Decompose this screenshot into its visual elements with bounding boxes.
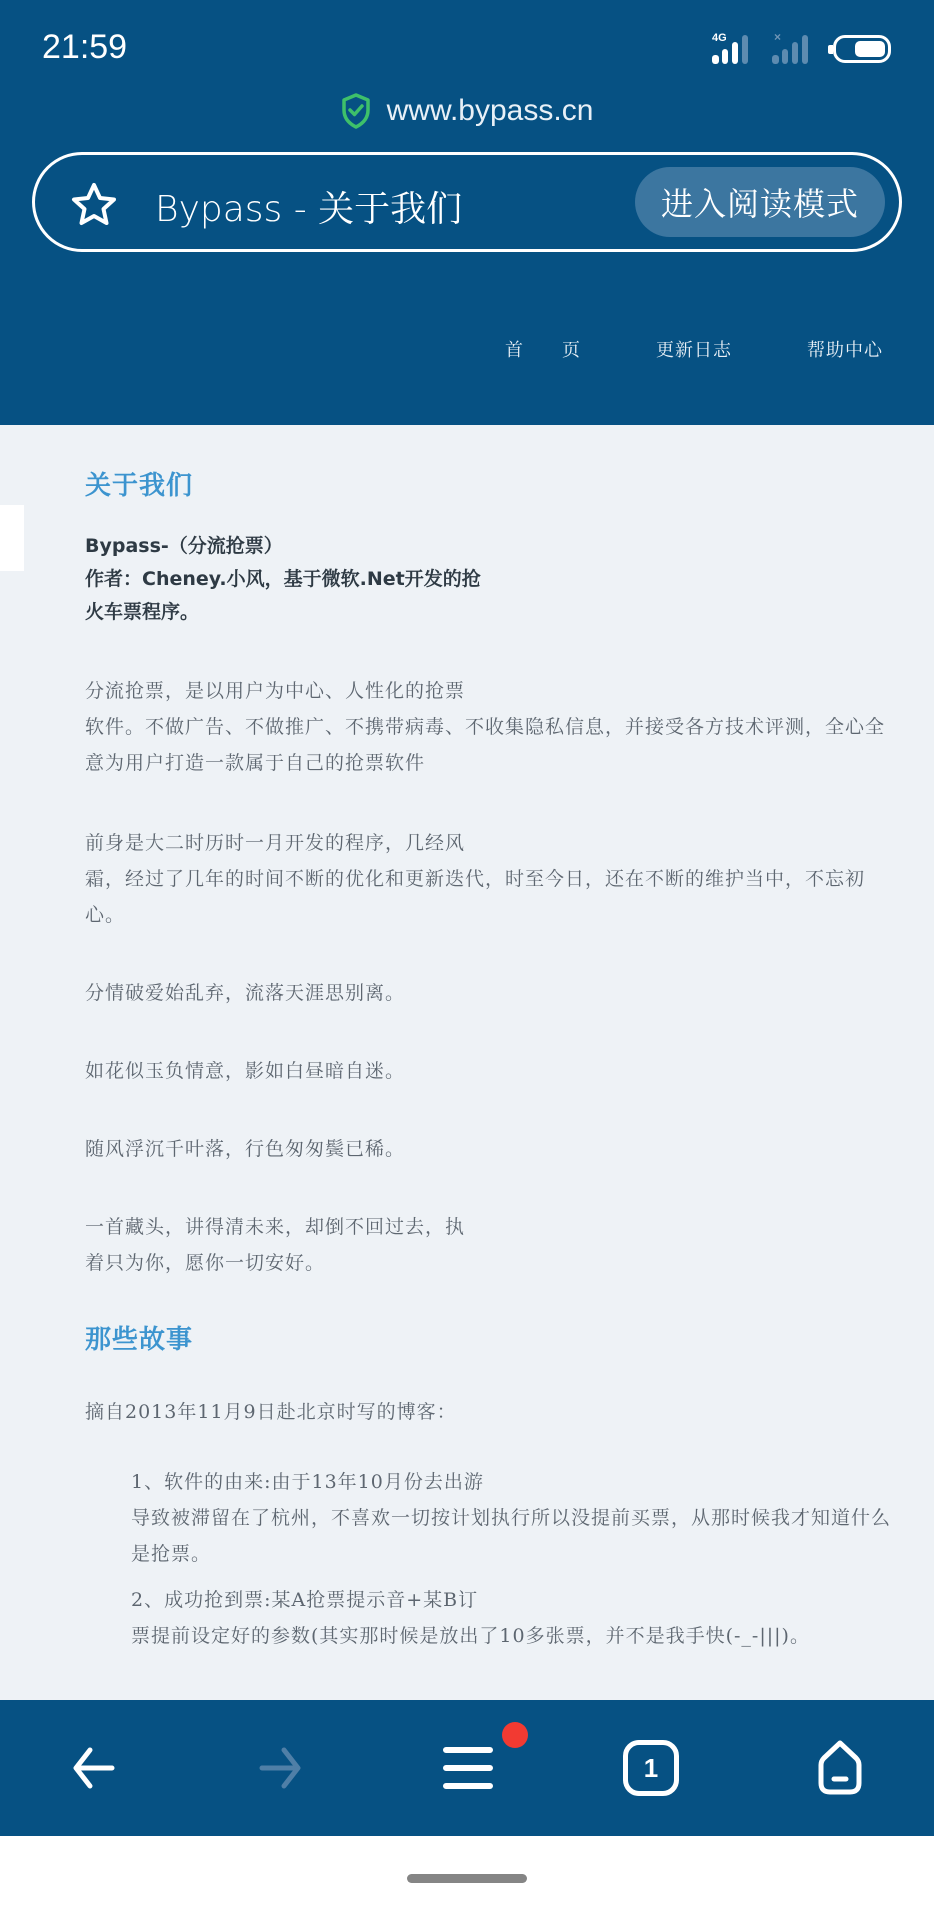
notification-dot [502, 1722, 528, 1748]
intro-line: 火车票程序。 [85, 596, 505, 629]
intro-block: Bypass-（分流抢票） 作者：Cheney.小风，基于微软.Net开发的抢 … [85, 530, 505, 629]
reader-mode-button[interactable]: 进入阅读模式 [635, 167, 885, 237]
text-line: 导致被滞留在了杭州，不喜欢一切按计划执行所以没提前买票，从那时候我才知道什么 [131, 1500, 934, 1536]
home-gesture-handle[interactable] [407, 1874, 527, 1883]
battery-icon [833, 35, 891, 63]
nav-changelog[interactable]: 更新日志 [656, 336, 732, 362]
clock: 21:59 [42, 28, 127, 67]
bottom-toolbar: 1 [0, 1700, 934, 1836]
article: 关于我们 Bypass-（分流抢票） 作者：Cheney.小风，基于微软.Net… [85, 465, 934, 1654]
paragraph-3: 一首藏头，讲得清未来，却倒不回过去，执 着只为你，愿你一切安好。 [85, 1209, 934, 1281]
text-line: 票提前设定好的参数(其实那时候是放出了10多张票，并不是我手快(-_-|||)。 [131, 1618, 934, 1654]
back-arrow-icon[interactable] [64, 1738, 124, 1798]
text-line: 软件。不做广告、不做推广、不携带病毒、不收集隐私信息，并接受各方技术评测，全心全 [85, 709, 934, 745]
intro-line: Bypass-（分流抢票） [85, 530, 505, 563]
text-line: 1、软件的由来:由于13年10月份去出游 [131, 1464, 934, 1500]
home-icon[interactable] [810, 1738, 870, 1798]
text-line: 2、成功抢到票:某A抢票提示音+某B订 [131, 1582, 934, 1618]
text-line: 意为用户打造一款属于自己的抢票软件 [85, 745, 934, 781]
section-title-about: 关于我们 [85, 465, 934, 502]
sim2-status: × [774, 30, 781, 44]
poem-line-2: 如花似玉负情意，影如白昼暗自迷。 [85, 1053, 934, 1089]
poem-line-3: 随风浮沉千叶落，行色匆匆鬓已稀。 [85, 1131, 934, 1167]
signal-4g-icon: 4G [712, 34, 762, 64]
intro-line: 作者：Cheney.小风，基于微软.Net开发的抢 [85, 563, 505, 596]
forward-arrow-icon[interactable] [250, 1738, 310, 1798]
network-type: 4G [712, 32, 727, 44]
text-line: 着只为你，愿你一切安好。 [85, 1245, 934, 1281]
story-item: 1、软件的由来:由于13年10月份去出游 导致被滞留在了杭州，不喜欢一切按计划执… [131, 1464, 934, 1572]
side-drawer-handle[interactable] [0, 505, 24, 571]
page-content: 关于我们 Bypass-（分流抢票） 作者：Cheney.小风，基于微软.Net… [0, 425, 934, 1700]
url-bar[interactable]: www.bypass.cn [0, 88, 934, 134]
poem-line-1: 分情破爱始乱弃，流落天涯思别离。 [85, 975, 934, 1011]
paragraph-2: 前身是大二时历时一月开发的程序，几经风 霜，经过了几年的时间不断的优化和更新迭代… [85, 825, 934, 933]
url-text: www.bypass.cn [387, 94, 594, 128]
paragraph-1: 分流抢票，是以用户为中心、人性化的抢票 软件。不做广告、不做推广、不携带病毒、不… [85, 673, 934, 781]
tabs-count: 1 [644, 1753, 658, 1784]
signal-sim2-icon: × [772, 34, 822, 64]
menu-icon[interactable] [438, 1738, 498, 1798]
text-line: 一首藏头，讲得清未来，却倒不回过去，执 [85, 1209, 934, 1245]
story-item: 2、成功抢到票:某A抢票提示音+某B订 票提前设定好的参数(其实那时候是放出了1… [131, 1582, 934, 1654]
nav-home[interactable]: 首 页 [505, 336, 581, 362]
excerpt-note: 摘自2013年11月9日赴北京时写的博客： [85, 1394, 934, 1430]
star-icon[interactable] [69, 181, 119, 229]
text-line: 分流抢票，是以用户为中心、人性化的抢票 [85, 673, 934, 709]
browser-chrome: 21:59 4G × www.bypass.cn [0, 0, 934, 425]
page-title: Bypass - 关于我们 [155, 181, 462, 232]
text-line: 霜，经过了几年的时间不断的优化和更新迭代，时至今日，还在不断的维护当中，不忘初 [85, 861, 934, 897]
nav-help-center[interactable]: 帮助中心 [807, 336, 883, 362]
gesture-bar-area [0, 1836, 934, 1920]
text-line: 是抢票。 [131, 1536, 934, 1572]
page-title-bar: Bypass - 关于我们 进入阅读模式 [32, 152, 902, 252]
site-nav: 首 页 更新日志 帮助中心 [0, 336, 934, 366]
section-title-stories: 那些故事 [85, 1319, 934, 1356]
story-list: 1、软件的由来:由于13年10月份去出游 导致被滞留在了杭州，不喜欢一切按计划执… [131, 1464, 934, 1654]
text-line: 心。 [85, 897, 934, 933]
shield-check-icon [341, 93, 371, 129]
text-line: 前身是大二时历时一月开发的程序，几经风 [85, 825, 934, 861]
status-bar: 21:59 4G × [0, 0, 934, 100]
tabs-button[interactable]: 1 [623, 1740, 679, 1796]
